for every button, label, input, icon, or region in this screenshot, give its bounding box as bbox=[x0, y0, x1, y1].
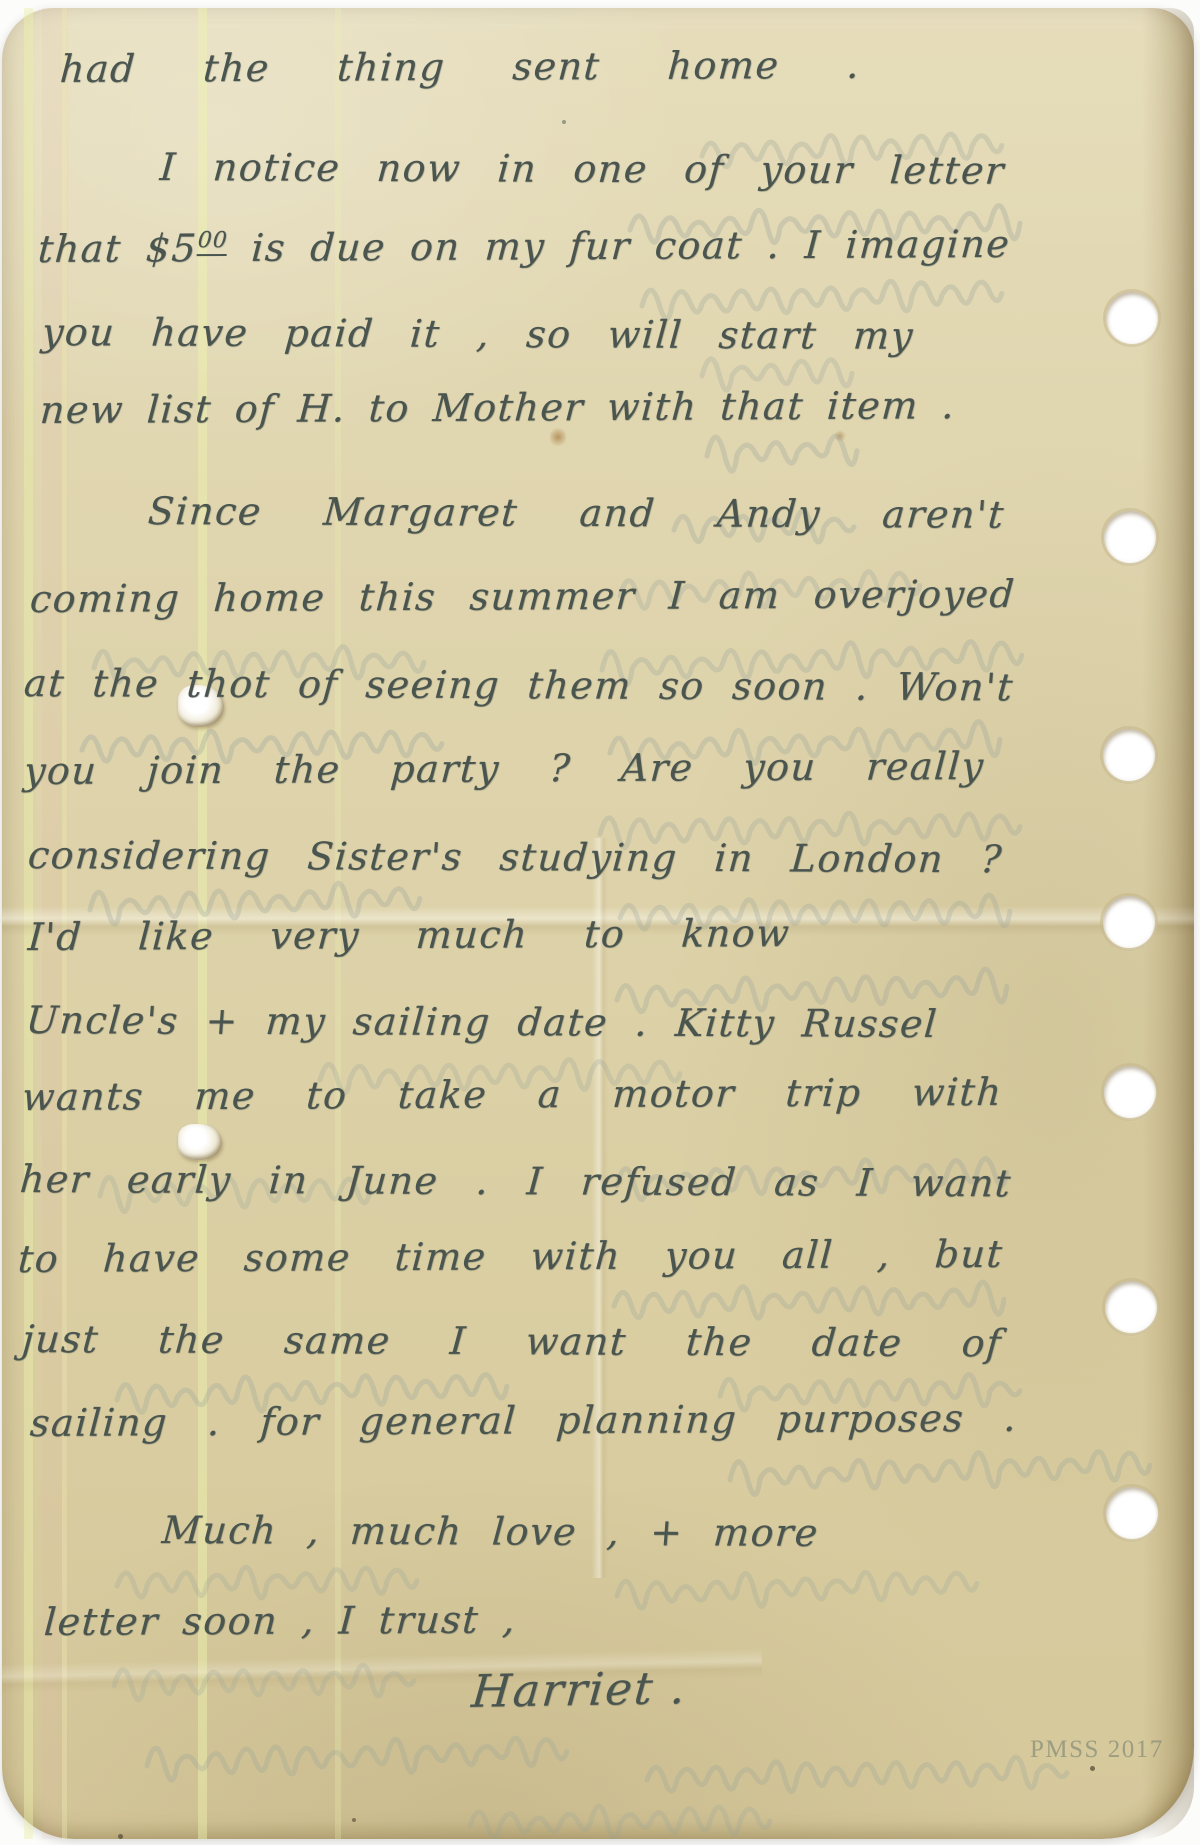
bleedthrough-squiggle bbox=[470, 1803, 771, 1839]
bleedthrough-squiggle bbox=[647, 1756, 1067, 1794]
letter-paper: had the thing sent home . I notice now i… bbox=[2, 8, 1194, 1839]
letter-line: sailing . for general planning purposes … bbox=[29, 1397, 1019, 1446]
letter-line: Much , much love , + more bbox=[160, 1509, 820, 1556]
letter-line: considering Sister's studying in London … bbox=[26, 834, 1004, 882]
paper-damage bbox=[178, 1124, 222, 1160]
binder-hole bbox=[1104, 511, 1156, 563]
letter-line: her early in June . I refused as I want bbox=[18, 1158, 1013, 1206]
letter-line: to have some time with you all , but bbox=[17, 1233, 1005, 1282]
bleedthrough-squiggle bbox=[614, 1282, 1005, 1321]
signature: Harriet . bbox=[469, 1661, 689, 1718]
rust-stain bbox=[834, 430, 846, 442]
binder-hole bbox=[1105, 1281, 1157, 1333]
scanned-letter-page: had the thing sent home . I notice now i… bbox=[0, 0, 1200, 1845]
watermark: PMSS 2017 bbox=[1030, 1736, 1164, 1764]
ink-speck bbox=[1090, 1766, 1095, 1771]
letter-line: letter soon , I trust , bbox=[43, 1599, 518, 1645]
letter-line: I'd like very much to know bbox=[27, 912, 792, 960]
ink-speck bbox=[562, 120, 566, 124]
binder-hole bbox=[1106, 292, 1158, 344]
letter-line: Uncle's + my sailing date . Kitty Russel bbox=[24, 999, 939, 1047]
letter-line: coming home this summer I am overjoyed bbox=[29, 573, 1017, 622]
binder-hole bbox=[1103, 896, 1155, 948]
bleedthrough-squiggle bbox=[729, 1447, 1150, 1496]
letter-line: you have paid it , so will start my bbox=[40, 311, 915, 358]
bleedthrough-squiggle bbox=[117, 1564, 417, 1600]
line-segment: is due on my fur coat . I imagine bbox=[250, 222, 1012, 270]
ink-speck bbox=[352, 1818, 356, 1822]
letter-line: new list of H. to Mother with that item … bbox=[39, 384, 957, 432]
letter-line: wants me to take a motor trip with bbox=[21, 1071, 1004, 1120]
line-segment: that $5 bbox=[37, 226, 199, 271]
binder-hole bbox=[1106, 1487, 1158, 1539]
binder-hole bbox=[1104, 1066, 1156, 1118]
letter-line: at the thot of seeing them so soon . Won… bbox=[22, 662, 1015, 710]
letter-line: just the same I want the date of bbox=[20, 1318, 1003, 1366]
letter-line: Since Margaret and Andy aren't bbox=[146, 490, 1006, 537]
letter-line: I notice now in one of your letter bbox=[158, 146, 1006, 193]
bleedthrough-squiggle bbox=[616, 1565, 977, 1611]
ink-speck bbox=[118, 1834, 123, 1839]
letter-line: that $500 is due on my fur coat . I imag… bbox=[37, 223, 1012, 272]
letter-line: had the thing sent home . bbox=[59, 44, 862, 92]
bleedthrough-squiggle bbox=[146, 1733, 567, 1781]
letter-line: you join the party ? Are you really bbox=[23, 745, 986, 794]
binder-hole bbox=[1103, 729, 1155, 781]
underlined-cents: 00 bbox=[197, 228, 229, 256]
